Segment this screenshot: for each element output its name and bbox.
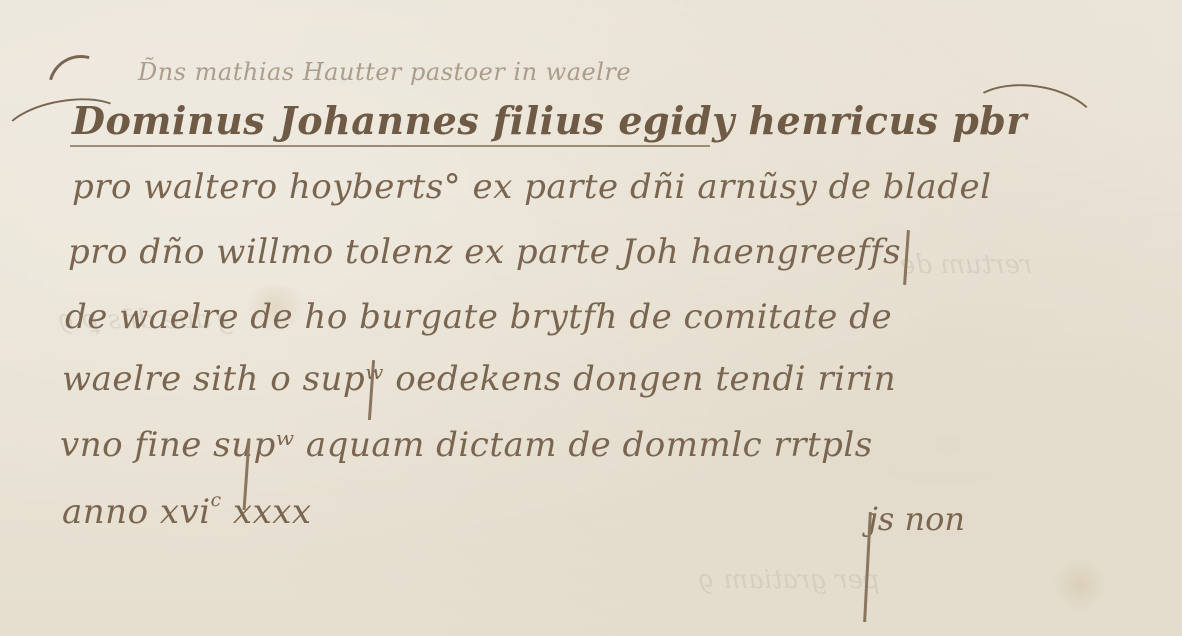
text-line-1: pro waltero hoyberts° ex parte dñi arnu… xyxy=(72,170,991,204)
signature-mark: js non xyxy=(868,500,965,538)
heading-underline xyxy=(70,145,710,147)
text-line-6-year: anno xvic xxxx xyxy=(62,492,312,529)
document-heading: Dominus Johannes filius egidy henricus p… xyxy=(72,102,1027,140)
text-line-3: de waelre de ho burgate brytfh de comita… xyxy=(65,300,892,334)
text-line-4: waelre sith o supʷ oedekens dongen tendi… xyxy=(62,362,896,396)
paper-stain xyxy=(1050,560,1110,610)
show-through-text: per gratiam ꝯ xyxy=(700,560,880,596)
interlinear-addition: D̃ns mathias Hautter pastoer in waelre xyxy=(138,60,631,84)
text-line-2: pro dño willmo tolenz ex parte Joh haen… xyxy=(68,235,901,269)
year-numeral: xvi xyxy=(160,492,211,532)
year-prefix: anno xyxy=(62,492,149,532)
show-through-text: rertum de xyxy=(900,250,1032,280)
text-line-5: vno fine supʷ aquam dictam de dommlc rrt… xyxy=(60,428,873,462)
year-numeral-superscript: c xyxy=(211,490,222,511)
